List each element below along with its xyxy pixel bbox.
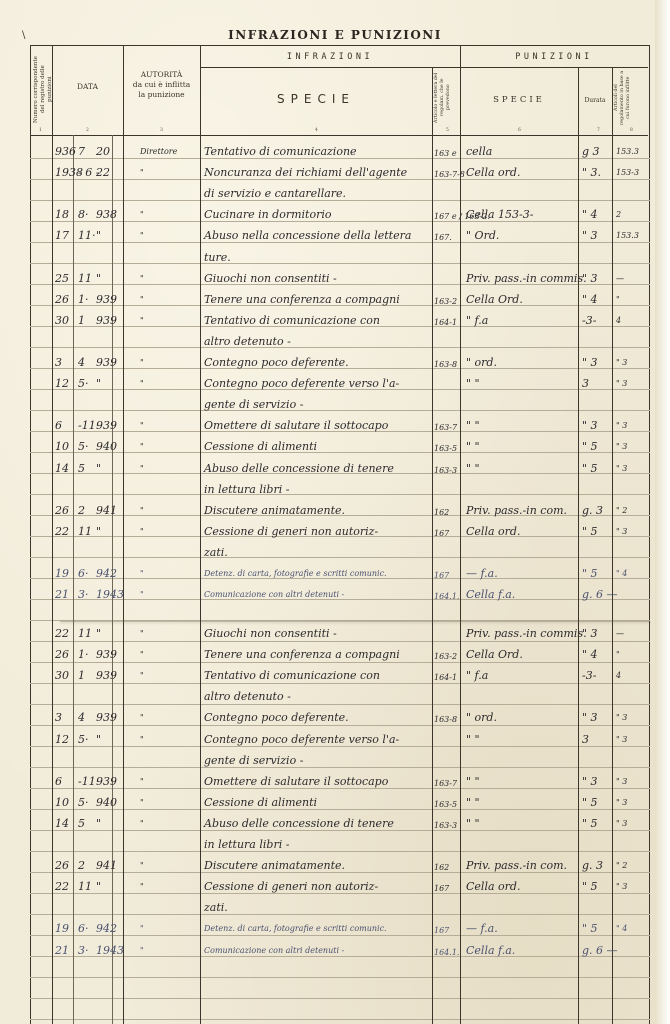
entry-article: 167 bbox=[434, 527, 449, 541]
entry-month: 11 bbox=[78, 525, 92, 539]
entry-infraction-line: Abuso delle concessione di tenere bbox=[204, 462, 394, 476]
entry-punishment: " " bbox=[466, 419, 480, 433]
entry-basis: " 3 bbox=[616, 733, 627, 747]
col-line-4 bbox=[432, 67, 433, 1024]
entry-duration: " 5 bbox=[582, 525, 598, 539]
entry-punishment: — f.a. bbox=[466, 922, 498, 936]
entry-infraction-line: zati. bbox=[204, 901, 228, 915]
header-col1-num: 1 bbox=[39, 128, 42, 133]
entry-duration: " 5 bbox=[582, 922, 598, 936]
register-page: \ INFRAZIONI E PUNIZIONI Numero corrispo… bbox=[0, 0, 670, 1024]
entry-punishment: " " bbox=[466, 462, 480, 476]
entry-article: 164.1. bbox=[434, 946, 459, 960]
entry-day: 6 bbox=[55, 775, 62, 789]
entry-day: 26 bbox=[55, 504, 69, 518]
header-punizioni-specie: SPECIE bbox=[460, 95, 578, 105]
entry-punishment: Cella Ord. bbox=[466, 293, 523, 307]
entry-year: " bbox=[96, 377, 101, 391]
header-col2-num: 2 bbox=[86, 128, 89, 133]
entry-authority: " bbox=[140, 944, 144, 958]
entry-duration: " 5 bbox=[582, 796, 598, 810]
entry-year: 941 bbox=[96, 504, 117, 518]
entry-duration: g. 3 bbox=[582, 859, 603, 873]
header-col6-num: 6 bbox=[518, 128, 521, 133]
entry-article: 164-1 bbox=[434, 671, 457, 685]
entry-basis: 4 bbox=[616, 669, 621, 683]
header-col5-num: 5 bbox=[446, 128, 449, 133]
entry-duration: " 3 bbox=[582, 627, 598, 641]
entry-year: 939 bbox=[96, 648, 117, 662]
entry-duration: " 4 bbox=[582, 208, 598, 222]
entry-infraction-line: Detenz. di carta, fotografie e scritti c… bbox=[204, 567, 387, 581]
entry-authority: " bbox=[140, 627, 144, 641]
header-col5-label: Articolo e lettera del regolam. che le p… bbox=[434, 70, 458, 125]
entry-punishment: cella bbox=[466, 145, 492, 159]
entry-authority: " bbox=[140, 166, 144, 180]
col-line-7 bbox=[612, 67, 613, 1024]
entry-day: 22 bbox=[55, 880, 69, 894]
entry-basis: " bbox=[616, 648, 620, 662]
entry-duration: " 5 bbox=[582, 567, 598, 581]
entry-authority: " bbox=[140, 733, 144, 747]
header-infrazioni-specie: SPECIE bbox=[200, 92, 432, 106]
entry-year: " bbox=[96, 462, 101, 476]
entry-authority: " bbox=[140, 462, 144, 476]
entry-basis: 153-3 bbox=[616, 166, 639, 180]
entry-year: 1943 bbox=[96, 588, 124, 602]
entry-day: 12 bbox=[55, 733, 69, 747]
entry-article: 163-3 bbox=[434, 819, 457, 833]
entry-infraction-line: Tentativo di comunicazione bbox=[204, 145, 357, 159]
entry-basis: 153.3 bbox=[616, 145, 639, 159]
entry-infraction-line: Noncuranza dei richiami dell'agente bbox=[204, 166, 407, 180]
header-col3-num: 3 bbox=[160, 128, 163, 133]
entry-article: 163-2 bbox=[434, 295, 457, 309]
entry-authority: " bbox=[140, 588, 144, 602]
entry-authority: " bbox=[140, 880, 144, 894]
entry-month: 5· bbox=[78, 733, 89, 747]
entry-month: 2 bbox=[78, 504, 85, 518]
entry-day: 3 bbox=[55, 711, 62, 725]
entry-article: 163-7 bbox=[434, 777, 457, 791]
entry-infraction-line: Cessione di generi non autoriz- bbox=[204, 880, 378, 894]
entry-infraction-line: Cessione di alimenti bbox=[204, 796, 317, 810]
entry-year: 941 bbox=[96, 859, 117, 873]
entry-authority: " bbox=[140, 711, 144, 725]
entry-punishment: " f.a bbox=[466, 314, 488, 328]
header-col8-num: 8 bbox=[630, 128, 633, 133]
entry-month: 8· bbox=[78, 208, 89, 222]
entry-month: 3· bbox=[78, 588, 89, 602]
entry-authority: " bbox=[140, 504, 144, 518]
entry-article: 163-8 bbox=[434, 358, 457, 372]
entry-day: 6 bbox=[55, 419, 62, 433]
entry-punishment: Cella 153-3- bbox=[466, 208, 533, 222]
entry-basis: 4 bbox=[616, 314, 621, 328]
entry-basis: " 3 bbox=[616, 775, 627, 789]
entry-infraction-line: gente di servizio - bbox=[204, 398, 303, 412]
entry-basis: " 2 bbox=[616, 504, 627, 518]
entry-year: " bbox=[96, 525, 101, 539]
entry-basis: — bbox=[616, 627, 624, 641]
entry-day: 25 bbox=[55, 272, 69, 286]
entry-duration: " 3 bbox=[582, 775, 598, 789]
entry-article: 167 bbox=[434, 569, 449, 583]
entry-day: 26 bbox=[55, 293, 69, 307]
entry-article: 167 bbox=[434, 882, 449, 896]
entry-month: 1 bbox=[78, 314, 85, 328]
entry-year: " bbox=[96, 229, 101, 243]
entry-infraction-line: Comunicazione con altri detenuti - bbox=[204, 588, 344, 602]
entry-year: " bbox=[96, 627, 101, 641]
entry-year: 22 bbox=[96, 166, 110, 180]
header-col2-label: DATA bbox=[52, 82, 123, 92]
entry-infraction-line: Cessione di generi non autoriz- bbox=[204, 525, 378, 539]
entry-infraction-line: ture. bbox=[204, 251, 231, 265]
entry-month: 5 bbox=[78, 462, 85, 476]
entry-year: 942 bbox=[96, 922, 117, 936]
entry-infraction-line: Cessione di alimenti bbox=[204, 440, 317, 454]
entry-punishment: — f.a. bbox=[466, 567, 498, 581]
entry-infraction-line: Contegno poco deferente. bbox=[204, 711, 349, 725]
entry-punishment: Priv. pass.-in com. bbox=[466, 504, 567, 518]
entry-basis: " 3 bbox=[616, 377, 627, 391]
entry-month: 6· bbox=[78, 922, 89, 936]
entry-day: 10 bbox=[55, 796, 69, 810]
entry-infraction-line: Tenere una conferenza a compagni bbox=[204, 293, 400, 307]
entry-year: 1943 bbox=[96, 944, 124, 958]
entry-month: 11 bbox=[78, 880, 92, 894]
header-col3-label: AUTORITÀ da cui è inflitta la punizione bbox=[123, 70, 200, 100]
entry-article: 163-5 bbox=[434, 442, 457, 456]
entry-infraction-line: Contegno poco deferente verso l'a- bbox=[204, 733, 399, 747]
entry-infraction-line: Abuso delle concessione di tenere bbox=[204, 817, 394, 831]
entry-month: 2 bbox=[78, 859, 85, 873]
entry-authority: " bbox=[140, 272, 144, 286]
header-col3-line2: da cui è inflitta bbox=[123, 80, 200, 90]
entry-day: 936 bbox=[55, 145, 76, 159]
entry-basis: " 4 bbox=[616, 567, 627, 581]
entry-day: 14 bbox=[55, 462, 69, 476]
entry-year: " bbox=[96, 272, 101, 286]
entry-infraction-line: in lettura libri - bbox=[204, 483, 289, 497]
header-col8-label: Articoli del regolamento in base a cui f… bbox=[614, 70, 646, 125]
entry-article: 162 bbox=[434, 861, 449, 875]
entry-authority: Direttore bbox=[140, 145, 177, 159]
col-line-6 bbox=[578, 67, 579, 1024]
entry-day: 26 bbox=[55, 859, 69, 873]
entry-duration: " 3 bbox=[582, 711, 598, 725]
entry-year: 939 bbox=[96, 293, 117, 307]
entry-authority: " bbox=[140, 314, 144, 328]
entry-article: 163-7-8 bbox=[434, 168, 465, 182]
entry-punishment: " " bbox=[466, 377, 480, 391]
entry-year: 939 bbox=[96, 356, 117, 370]
entry-month: 5· bbox=[78, 377, 89, 391]
header-punizioni-band: PUNIZIONI bbox=[460, 52, 648, 62]
header-col7-label: Durata bbox=[578, 96, 612, 106]
entry-duration: g. 6 — bbox=[582, 588, 618, 602]
entry-basis: " 3 bbox=[616, 525, 627, 539]
entry-authority: " bbox=[140, 922, 144, 936]
entry-month: 1· bbox=[78, 293, 89, 307]
entry-punishment: Cella ord. bbox=[466, 166, 520, 180]
entry-month: 6· bbox=[78, 567, 89, 581]
entry-infraction-line: Tentativo di comunicazione con bbox=[204, 669, 380, 683]
entry-day: 21 bbox=[55, 588, 69, 602]
entry-infraction-line: Contegno poco deferente. bbox=[204, 356, 349, 370]
entry-duration: " 5 bbox=[582, 880, 598, 894]
entry-infraction-line: Omettere di salutare il sottocapo bbox=[204, 775, 388, 789]
entry-authority: " bbox=[140, 293, 144, 307]
entry-year: 942 bbox=[96, 567, 117, 581]
entry-authority: " bbox=[140, 229, 144, 243]
entry-basis: " 3 bbox=[616, 711, 627, 725]
entry-punishment: " ord. bbox=[466, 711, 497, 725]
entry-duration: -3- bbox=[582, 314, 596, 328]
entry-day: 3 bbox=[55, 356, 62, 370]
entry-basis: — bbox=[616, 272, 624, 286]
entry-punishment: " ord. bbox=[466, 356, 497, 370]
entry-year: 940 bbox=[96, 796, 117, 810]
entry-basis: " 3 bbox=[616, 817, 627, 831]
entry-duration: " 3 bbox=[582, 229, 598, 243]
entry-month: 11· bbox=[78, 229, 96, 243]
entry-day: 10 bbox=[55, 440, 69, 454]
entry-authority: " bbox=[140, 648, 144, 662]
col-line-date-a bbox=[73, 135, 74, 1024]
entry-duration: " 3 bbox=[582, 356, 598, 370]
entry-month: 5· bbox=[78, 440, 89, 454]
entry-punishment: " f.a bbox=[466, 669, 488, 683]
entry-year: 939 bbox=[96, 419, 117, 433]
entry-authority: " bbox=[140, 377, 144, 391]
entry-basis: " 3 bbox=[616, 796, 627, 810]
entry-article: 164-1 bbox=[434, 316, 457, 330]
entry-authority: " bbox=[140, 567, 144, 581]
entry-basis: " 3 bbox=[616, 440, 627, 454]
entry-month: 5 bbox=[78, 817, 85, 831]
entry-punishment: Cella f.a. bbox=[466, 944, 515, 958]
entry-authority: " bbox=[140, 775, 144, 789]
entry-day: 19 bbox=[55, 922, 69, 936]
entry-duration: -3- bbox=[582, 669, 596, 683]
entry-infraction-line: Tenere una conferenza a compagni bbox=[204, 648, 400, 662]
entry-article: 163 e bbox=[434, 147, 457, 161]
entry-infraction-line: Contegno poco deferente verso l'a- bbox=[204, 377, 399, 391]
entry-basis: 2 bbox=[616, 208, 621, 222]
entry-infraction-line: altro detenuto - bbox=[204, 335, 291, 349]
entry-month: 4 bbox=[78, 356, 85, 370]
entry-year: 938 bbox=[96, 208, 117, 222]
entry-authority: " bbox=[140, 796, 144, 810]
header-col4-num: 4 bbox=[315, 128, 318, 133]
entry-infraction-line: Discutere animatamente. bbox=[204, 859, 345, 873]
entry-infraction-line: Omettere di salutare il sottocapo bbox=[204, 419, 388, 433]
header-col1-label: Numero corrispondente del registro delle… bbox=[33, 52, 51, 127]
entry-infraction-line: Tentativo di comunicazione con bbox=[204, 314, 380, 328]
entry-day: 19 bbox=[55, 567, 69, 581]
entry-duration: " 4 bbox=[582, 648, 598, 662]
entry-article: 164.1. bbox=[434, 590, 459, 604]
entry-authority: " bbox=[140, 859, 144, 873]
entry-month: 11 bbox=[78, 272, 92, 286]
entry-punishment: Priv. pass.-in commis. bbox=[466, 627, 587, 641]
entry-punishment: " " bbox=[466, 733, 480, 747]
entry-authority: " bbox=[140, 440, 144, 454]
entry-infraction-line: zati. bbox=[204, 546, 228, 560]
entry-day: 26 bbox=[55, 648, 69, 662]
entry-infraction-line: Giuochi non consentiti - bbox=[204, 272, 337, 286]
entry-duration: g. 6 — bbox=[582, 944, 618, 958]
entry-year: " bbox=[96, 880, 101, 894]
entry-day: 18 bbox=[55, 208, 69, 222]
entry-infraction-line: altro detenuto - bbox=[204, 690, 291, 704]
entry-infraction-line: Abuso nella concessione della lettera bbox=[204, 229, 411, 243]
entry-month: 7 bbox=[78, 145, 85, 159]
entry-basis: 153.3 bbox=[616, 229, 639, 243]
entry-duration: " 3. bbox=[582, 166, 601, 180]
entry-basis: " bbox=[616, 293, 620, 307]
entry-day: 30 bbox=[55, 669, 69, 683]
entry-day: 14 bbox=[55, 817, 69, 831]
entry-basis: " 3 bbox=[616, 462, 627, 476]
entry-month: 3· bbox=[78, 944, 89, 958]
entry-day: 22 bbox=[55, 525, 69, 539]
entry-infraction-line: Comunicazione con altri detenuti - bbox=[204, 944, 344, 958]
page-title: INFRAZIONI E PUNIZIONI bbox=[0, 28, 670, 42]
entry-day: 12 bbox=[55, 377, 69, 391]
entry-day: 21 bbox=[55, 944, 69, 958]
entry-day: 17 bbox=[55, 229, 69, 243]
col-line-2 bbox=[123, 45, 124, 1024]
header-col7-num: 7 bbox=[597, 128, 600, 133]
entry-punishment: " " bbox=[466, 775, 480, 789]
entry-year: 939 bbox=[96, 775, 117, 789]
entry-infraction-line: Cucinare in dormitorio bbox=[204, 208, 332, 222]
entry-duration: " 3 bbox=[582, 419, 598, 433]
entry-infraction-line: Detenz. di carta, fotografie e scritti c… bbox=[204, 922, 387, 936]
entry-punishment: Priv. pass.-in commis. bbox=[466, 272, 587, 286]
entry-infraction-line: di servizio e cantarellare. bbox=[204, 187, 346, 201]
entry-basis: " 3 bbox=[616, 419, 627, 433]
entry-month: 5· bbox=[78, 796, 89, 810]
entry-duration: " 5 bbox=[582, 462, 598, 476]
entry-authority: " bbox=[140, 419, 144, 433]
entry-year: 939 bbox=[96, 711, 117, 725]
entry-infraction-line: in lettura libri - bbox=[204, 838, 289, 852]
col-line-5 bbox=[460, 45, 461, 1024]
entry-basis: " 3 bbox=[616, 356, 627, 370]
entry-duration: 3 bbox=[582, 377, 589, 391]
entry-punishment: Priv. pass.-in com. bbox=[466, 859, 567, 873]
entry-article: 167 bbox=[434, 924, 449, 938]
entry-infraction-line: Discutere animatamente. bbox=[204, 504, 345, 518]
entry-month: 4 bbox=[78, 711, 85, 725]
page-right-edge bbox=[655, 0, 670, 1024]
entry-punishment: Cella f.a. bbox=[466, 588, 515, 602]
entry-authority: " bbox=[140, 525, 144, 539]
col-line-3 bbox=[200, 45, 201, 1024]
entry-authority: " bbox=[140, 208, 144, 222]
entry-year: 939 bbox=[96, 314, 117, 328]
col-line-1 bbox=[52, 45, 53, 1024]
entry-basis: " 2 bbox=[616, 859, 627, 873]
entry-punishment: Cella ord. bbox=[466, 880, 520, 894]
entry-authority: " bbox=[140, 669, 144, 683]
entry-authority: " bbox=[140, 356, 144, 370]
entry-duration: " 4 bbox=[582, 293, 598, 307]
header-col3-line1: AUTORITÀ bbox=[123, 70, 200, 80]
entry-duration: " 5 bbox=[582, 440, 598, 454]
entry-duration: g. 3 bbox=[582, 504, 603, 518]
header-col3-line3: la punizione bbox=[123, 90, 200, 100]
entry-article: 162 bbox=[434, 506, 449, 520]
entry-year: 940 bbox=[96, 440, 117, 454]
entry-article: 163-7 bbox=[434, 421, 457, 435]
entry-punishment: Cella Ord. bbox=[466, 648, 523, 662]
entry-punishment: " " bbox=[466, 796, 480, 810]
entry-duration: 3 bbox=[582, 733, 589, 747]
entry-duration: " 5 bbox=[582, 817, 598, 831]
entry-infraction-line: gente di servizio - bbox=[204, 754, 303, 768]
entry-article: 163-5 bbox=[434, 798, 457, 812]
entry-article: 163-3 bbox=[434, 464, 457, 478]
entry-basis: " 4 bbox=[616, 922, 627, 936]
entry-month: 1· bbox=[78, 648, 89, 662]
header-band-line bbox=[200, 67, 648, 68]
entry-punishment: Cella ord. bbox=[466, 525, 520, 539]
entry-punishment: " Ord. bbox=[466, 229, 499, 243]
entry-month: 1 bbox=[78, 669, 85, 683]
entry-day: 30 bbox=[55, 314, 69, 328]
paste-seam bbox=[60, 621, 650, 622]
header-infrazioni-band: INFRAZIONI bbox=[200, 52, 460, 62]
entry-authority: " bbox=[140, 817, 144, 831]
entry-year: " bbox=[96, 733, 101, 747]
entry-duration: " 3 bbox=[582, 272, 598, 286]
entry-year: " bbox=[96, 817, 101, 831]
entry-year: 20 bbox=[96, 145, 110, 159]
entry-punishment: " " bbox=[466, 440, 480, 454]
entry-punishment: " " bbox=[466, 817, 480, 831]
entry-article: 163-8 bbox=[434, 713, 457, 727]
entry-month: 11 bbox=[78, 627, 92, 641]
entry-duration: g 3 bbox=[582, 145, 600, 159]
entry-article: 163-2 bbox=[434, 650, 457, 664]
entry-day: 22 bbox=[55, 627, 69, 641]
entry-basis: " 3 bbox=[616, 880, 627, 894]
entry-article: 167. bbox=[434, 231, 452, 245]
entry-year: 939 bbox=[96, 669, 117, 683]
entry-infraction-line: Giuochi non consentiti - bbox=[204, 627, 337, 641]
